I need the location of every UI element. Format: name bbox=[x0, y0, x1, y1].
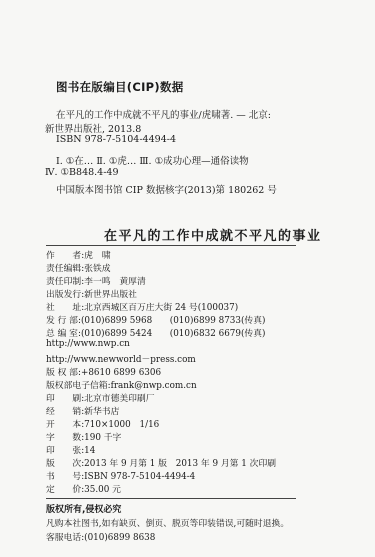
info-link[interactable]: //www.newworld－press.com bbox=[67, 355, 195, 365]
info-key: 书 号 bbox=[46, 472, 81, 482]
info-row-printer: 印 刷:北京市德美印刷厂 bbox=[46, 391, 155, 404]
info-key: http bbox=[46, 355, 64, 365]
info-row-email: 版权部电子信箱:frank@nwp.com.cn bbox=[46, 378, 197, 391]
info-key: 经 销 bbox=[46, 407, 81, 417]
info-value: 190 千字 bbox=[84, 433, 121, 443]
info-key: 版 次 bbox=[46, 459, 81, 469]
info-value: 710×1000 1/16 bbox=[84, 420, 159, 430]
book-title: 在平凡的工作中成就不平凡的事业 bbox=[104, 225, 322, 244]
info-row-address: 社 址:北京西城区百万庄大街 24 号(100037) bbox=[46, 300, 238, 313]
cip-line-4: Ⅰ. ①在… Ⅱ. ①虎… Ⅲ. ①成功心理—通俗读物 bbox=[56, 153, 249, 167]
cip-line-2: 新世界出版社, 2013.8 bbox=[45, 121, 141, 135]
info-row-word-count: 字 数:190 千字 bbox=[46, 430, 121, 443]
cip-line-1: 在平凡的工作中成就不平凡的事业/虎啸著. — 北京: bbox=[56, 107, 271, 121]
service-phone: 客服电话:(010)6899 8638 bbox=[46, 530, 155, 543]
info-value: 新华书店 bbox=[84, 407, 119, 417]
info-value: 35.00 元 bbox=[84, 485, 121, 495]
info-row-distributor: 经 销:新华书店 bbox=[46, 404, 119, 417]
info-value: +8610 6899 6306 bbox=[81, 368, 161, 378]
info-key: 字 数 bbox=[46, 433, 81, 443]
info-key: 发 行 部 bbox=[46, 316, 78, 326]
info-row-price: 定 价:35.00 元 bbox=[46, 482, 121, 495]
info-key: 社 址 bbox=[46, 303, 81, 313]
cip-line-3: ISBN 978-7-5104-4494-4 bbox=[56, 134, 176, 145]
info-row-author: 作 者:虎 啸 bbox=[46, 248, 111, 261]
info-value: 14 bbox=[84, 446, 95, 456]
info-row-publisher: 出版发行:新世界出版社 bbox=[46, 287, 137, 300]
info-value: ISBN 978-7-5104-4494-4 bbox=[84, 472, 195, 482]
info-key: 印 刷 bbox=[46, 394, 81, 404]
info-row-sheets: 印 张:14 bbox=[46, 443, 95, 456]
info-email[interactable]: frank@nwp.com.cn bbox=[111, 381, 197, 391]
info-value: 新世界出版社 bbox=[84, 290, 137, 300]
info-row-edition: 版 次:2013 年 9 月第 1 版 2013 年 9 月第 1 次印刷 bbox=[46, 456, 276, 469]
info-key: http bbox=[46, 339, 64, 349]
info-key: 责任编辑 bbox=[46, 264, 81, 274]
cip-approval: 中国版本图书馆 CIP 数据核字(2013)第 180262 号 bbox=[56, 182, 277, 196]
return-notice: 凡购本社图书,如有缺页、倒页、脱页等印装错误,可随时退换。 bbox=[46, 516, 289, 529]
info-key: 开 本 bbox=[46, 420, 81, 430]
info-row-format: 开 本:710×1000 1/16 bbox=[46, 417, 159, 430]
info-value: 李一鸣 黄厚清 bbox=[84, 277, 146, 287]
footer-rule bbox=[46, 498, 296, 499]
info-link[interactable]: //www.nwp.cn bbox=[67, 339, 129, 349]
info-value: 虎 啸 bbox=[84, 251, 110, 261]
info-row-isbn: 书 号:ISBN 978-7-5104-4494-4 bbox=[46, 469, 195, 482]
info-key: 责任印制 bbox=[46, 277, 81, 287]
info-value: 张铁成 bbox=[84, 264, 110, 274]
info-row-print-manager: 责任印制:李一鸣 黄厚清 bbox=[46, 274, 146, 287]
info-key: 定 价 bbox=[46, 485, 81, 495]
rights-notice: 版权所有,侵权必究 bbox=[46, 502, 121, 515]
info-key: 作 者 bbox=[46, 251, 81, 261]
info-row-distribution: 发 行 部:(010)6899 5968 (010)6899 8733(传真) bbox=[46, 313, 265, 326]
info-key: 出版发行 bbox=[46, 290, 81, 300]
info-value: (010)6899 5424 (010)6832 6679(传真) bbox=[81, 329, 266, 339]
title-rule bbox=[46, 245, 296, 246]
info-row-editorial-office: 总 编 室:(010)6899 5424 (010)6832 6679(传真) bbox=[46, 326, 265, 339]
cip-line-5: Ⅳ. ①B848.4-49 bbox=[45, 167, 119, 178]
info-value: 2013 年 9 月第 1 版 2013 年 9 月第 1 次印刷 bbox=[84, 459, 276, 469]
info-key: 版权部电子信箱 bbox=[46, 381, 108, 391]
info-value: 北京西城区百万庄大街 24 号(100037) bbox=[84, 303, 238, 313]
info-value: (010)6899 5968 (010)6899 8733(传真) bbox=[81, 316, 266, 326]
cip-heading: 图书在版编目(CIP)数据 bbox=[56, 79, 184, 95]
info-row-editor: 责任编辑:张铁成 bbox=[46, 261, 111, 274]
info-row-copyright-dept: 版 权 部:+8610 6899 6306 bbox=[46, 365, 161, 378]
info-key: 印 张 bbox=[46, 446, 81, 456]
info-row-url-2: http://www.newworld－press.com bbox=[46, 352, 196, 365]
info-key: 版 权 部 bbox=[46, 368, 78, 378]
info-key: 总 编 室 bbox=[46, 329, 78, 339]
info-value: 北京市德美印刷厂 bbox=[84, 394, 154, 404]
info-row-url-1: http://www.nwp.cn bbox=[46, 339, 130, 349]
